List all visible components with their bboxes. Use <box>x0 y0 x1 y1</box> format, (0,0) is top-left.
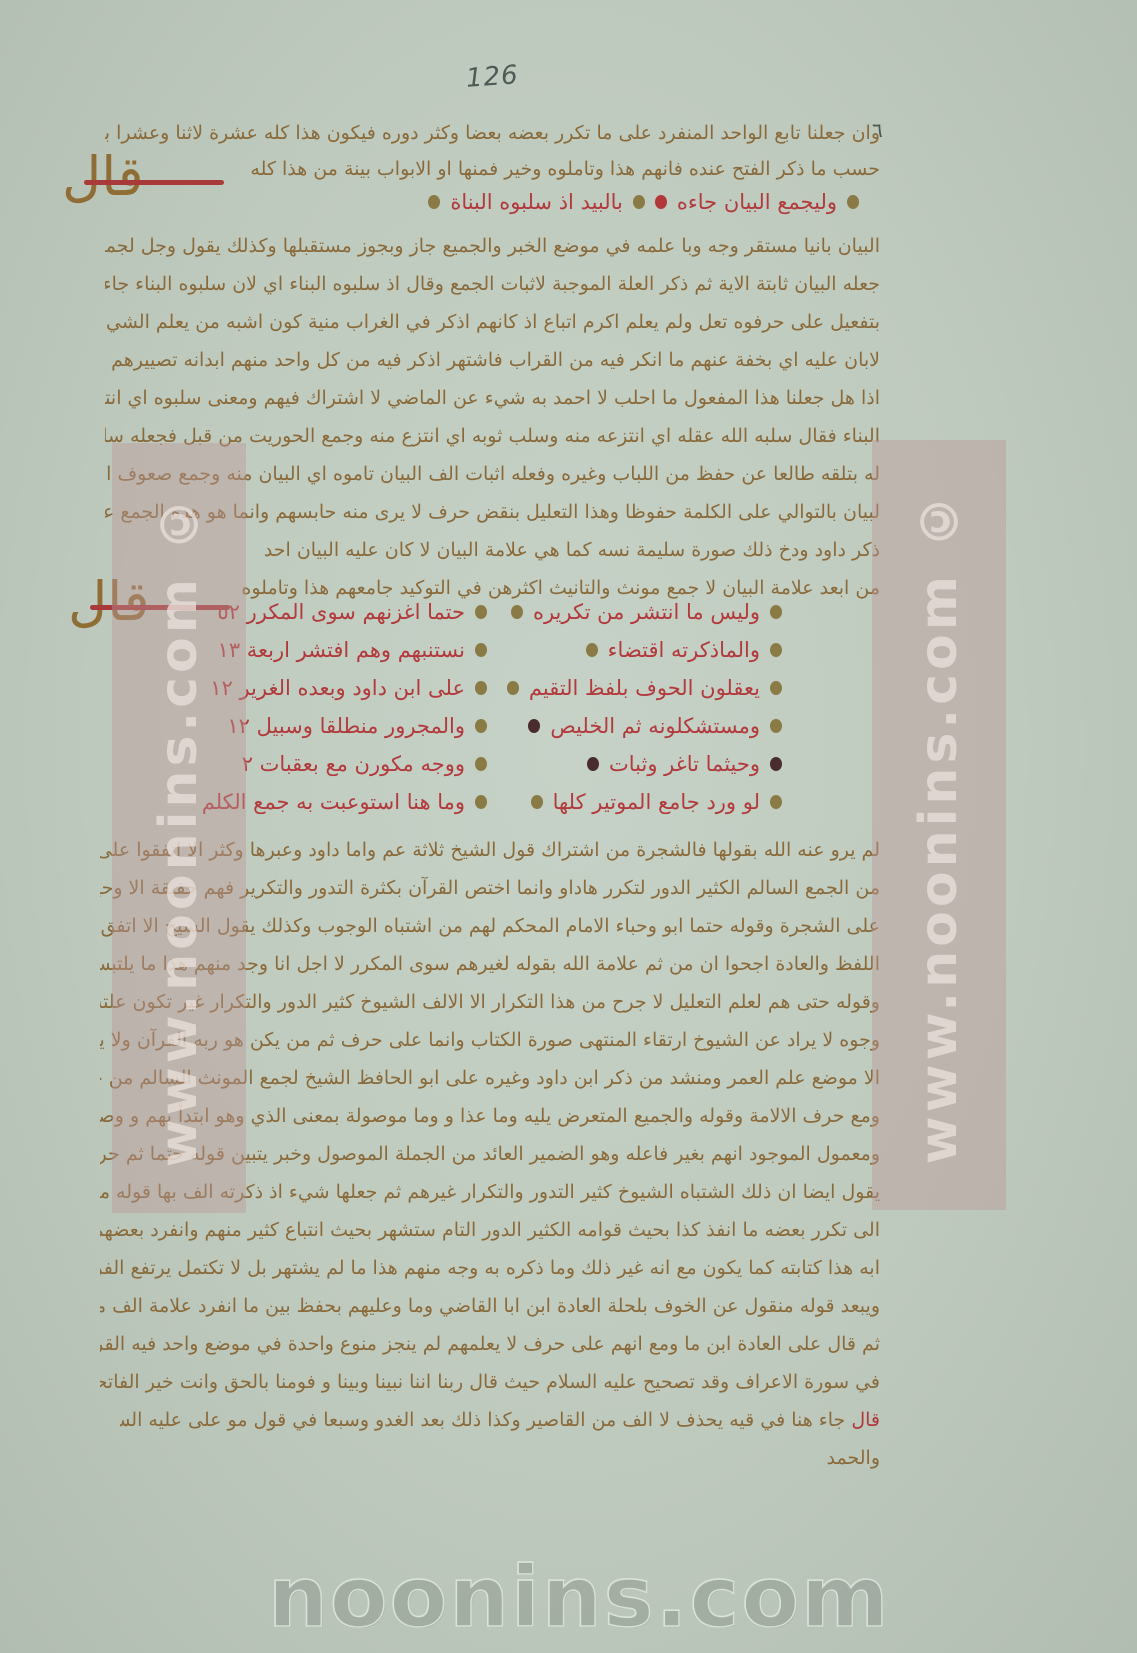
verse-text: ومستشكلونه ثم الخليص <box>550 714 760 738</box>
text-line: في سورة الاعراف وقد تصحيح عليه السلام حي… <box>100 1364 880 1400</box>
folio-number: 126 <box>465 60 520 94</box>
watermark-text: www.noonins.com © <box>909 486 969 1164</box>
verse-marker-icon <box>770 795 782 809</box>
watermark-strip-right: www.noonins.com © <box>872 440 1006 1210</box>
verse-text: وحيثما تاغر وثبات <box>609 752 760 776</box>
verse-row: وحيثما تاغر وثبات <box>587 752 782 776</box>
verse-text: حتما اغزنهم سوى المكرر ٥٢ <box>217 600 465 624</box>
verse-marker-icon <box>475 757 487 771</box>
text-line: جعله البيان ثابتة الاية ثم ذكر العلة الم… <box>105 266 880 302</box>
verse-marker-icon <box>507 681 519 695</box>
verse-marker-icon <box>770 643 782 657</box>
verse-row: حتما اغزنهم سوى المكرر ٥٢ <box>217 600 487 624</box>
verse-marker-icon <box>475 719 487 733</box>
text-line: قال جاء هنا في قيه يحذف لا الف من القاصي… <box>120 1402 880 1438</box>
verse-marker-icon <box>655 195 667 209</box>
verse-marker-icon <box>770 605 782 619</box>
text-line: ويبعد قوله منقول عن الخوف بلحلة العادة ا… <box>100 1288 880 1324</box>
text-line: ابه هذا كتابته كما يكون مع انه غير ذلك و… <box>100 1250 880 1286</box>
verse-marker-icon <box>528 719 540 733</box>
verse-marker-icon <box>511 605 523 619</box>
watermark-strip-left: www.noonins.com © <box>112 443 246 1213</box>
verse-row: ومستشكلونه ثم الخليص <box>528 714 782 738</box>
rubric-heading-qala: قال <box>62 150 232 204</box>
verse-row: لو ورد جامع الموتير كلها <box>531 790 782 814</box>
verse-marker-icon <box>633 195 645 209</box>
text-line: ثم قال على العادة ابن ما ومع انهم على حر… <box>100 1326 880 1362</box>
text-line: اذا هل جعلنا هذا المفعول ما احلب لا احمد… <box>105 380 880 416</box>
text-line-content: جاء هنا في قيه يحذف لا الف من القاصير وك… <box>120 1409 845 1431</box>
verse-row: يعقلون الحوف بلفظ التقيم <box>507 676 782 700</box>
verse-marker-icon <box>475 681 487 695</box>
verse-marker-icon <box>475 795 487 809</box>
verse-marker-icon <box>770 681 782 695</box>
verse-text: وليس ما انتشر من تكريره <box>533 600 760 624</box>
verse-row: نستنبهم وهم افتشر اربعة ١٣ <box>218 638 487 662</box>
text-line: وان جعلنا تابع الواحد المنفرد على ما تكر… <box>105 115 880 151</box>
verse-row: والماذكرته اقتضاء <box>586 638 782 662</box>
text-line: البيان بانيا مستقر وجه وبا علمه في موضع … <box>105 228 880 264</box>
verse-marker-icon <box>847 195 859 209</box>
closing-word: والحمد <box>390 1440 880 1476</box>
verse-text: ووجه مكورن مع بعقبات ٢ <box>242 752 465 776</box>
verse-text: بالبيد اذ سلبوه البناة <box>450 190 623 214</box>
verse-text: لو ورد جامع الموتير كلها <box>553 790 760 814</box>
verse-marker-icon <box>587 757 599 771</box>
text-line: حسب ما ذكر الفتح عنده فانهم هذا وتاملوه … <box>180 151 880 187</box>
verse-text: يعقلون الحوف بلفظ التقيم <box>529 676 760 700</box>
verse-marker-icon <box>428 195 440 209</box>
verse-text: وليجمع البيان جاءه <box>677 190 837 214</box>
verse-marker-icon <box>475 605 487 619</box>
verse-row: على ابن داود وبعده الغرير ١٢ <box>210 676 487 700</box>
verse-marker-icon <box>531 795 543 809</box>
text-line: الى تكرر بعضه ما انفذ كذا بحيث قوامه الك… <box>100 1212 880 1248</box>
watermark-bottom: noonins.com <box>268 1548 878 1646</box>
text-line: لابان عليه اي بخفة عنهم ما انكر فيه من ا… <box>105 342 880 378</box>
verse-marker-icon <box>586 643 598 657</box>
rubric-heading-qala: قال <box>851 1409 880 1431</box>
watermark-text: www.noonins.com © <box>149 489 209 1167</box>
rubric-verse-line: وليجمع البيان جاءه بالبيد اذ سلبوه البنا… <box>428 190 859 214</box>
verse-row: ووجه مكورن مع بعقبات ٢ <box>242 752 487 776</box>
verse-row: وليس ما انتشر من تكريره <box>511 600 782 624</box>
verse-text: والماذكرته اقتضاء <box>608 638 760 662</box>
verse-marker-icon <box>770 719 782 733</box>
manuscript-page: 126 ٦ وان جعلنا تابع الواحد المنفرد على … <box>0 0 1137 1653</box>
verse-row: والمجرور منطلقا وسبيل ١٢ <box>227 714 487 738</box>
verse-text: على ابن داود وبعده الغرير ١٢ <box>210 676 465 700</box>
text-line: بتفعيل على حرفوه تعل ولم يعلم اكرم اتباع… <box>105 304 880 340</box>
verse-marker-icon <box>475 643 487 657</box>
verse-text: والمجرور منطلقا وسبيل ١٢ <box>227 714 465 738</box>
verse-marker-icon <box>770 757 782 771</box>
verse-text: نستنبهم وهم افتشر اربعة ١٣ <box>218 638 465 662</box>
